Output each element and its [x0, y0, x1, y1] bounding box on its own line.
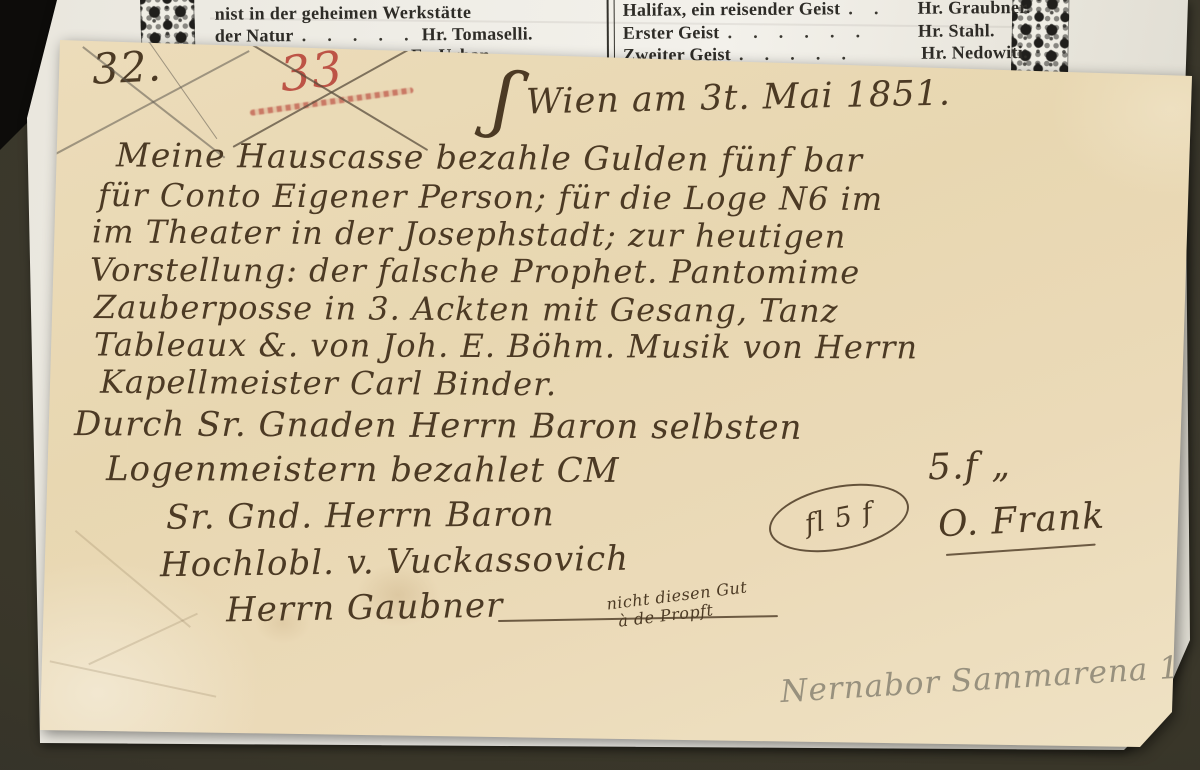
- pencil-inscription: Nernabor Sammarena 1851: [779, 646, 1200, 710]
- body-line-1: Meine Hauscasse bezahle Gulden fünf bar: [116, 135, 863, 179]
- encircled-amount: fl 5 f: [763, 473, 915, 563]
- signature-block-line-2: Hochlobl. v. Vuckassovich: [160, 539, 630, 586]
- date-line: Wien am 3t. Mai 1851.: [526, 74, 952, 123]
- body-line-7: Kapellmeister Carl Binder.: [100, 363, 557, 403]
- encircled-amount-text: fl 5 f: [802, 496, 876, 540]
- crease-line-2: [88, 613, 197, 665]
- crease-line-3: [50, 660, 217, 697]
- signature-flourish-underline: [946, 544, 1096, 556]
- signature-block-line-3: Herrn Gaubner: [226, 586, 504, 631]
- body-line-6: Tableaux &. von Joh. E. Böhm. Musik von …: [94, 326, 918, 367]
- signature-block-line-1: Sr. Gnd. Herrn Baron: [166, 494, 555, 537]
- receipt-note-wrap: 32. 33 ʃ Wien am 3t. Mai 1851. Meine Hau…: [0, 0, 1200, 770]
- body-line-9: Logenmeistern bezahlet CM: [106, 449, 620, 491]
- body-line-3: im Theater in der Josephstadt; zur heuti…: [92, 212, 847, 255]
- body-line-5: Zauberposse in 3. Ackten mit Gesang, Tan…: [94, 288, 839, 330]
- amount-value: 5.f „: [927, 445, 1011, 489]
- receipt-note-sheet: 32. 33 ʃ Wien am 3t. Mai 1851. Meine Hau…: [28, 38, 1194, 750]
- body-line-4: Vorstellung: der falsche Prophet. Pantom…: [90, 251, 860, 292]
- body-line-2: für Conto Eigener Person; für die Loge N…: [98, 176, 883, 218]
- pen-flourish: ʃ: [487, 55, 520, 143]
- archival-number: 32.: [91, 41, 163, 94]
- clerk-signature: O. Frank: [937, 496, 1106, 546]
- body-line-8: Durch Sr. Gnaden Herrn Baron selbsten: [74, 404, 803, 448]
